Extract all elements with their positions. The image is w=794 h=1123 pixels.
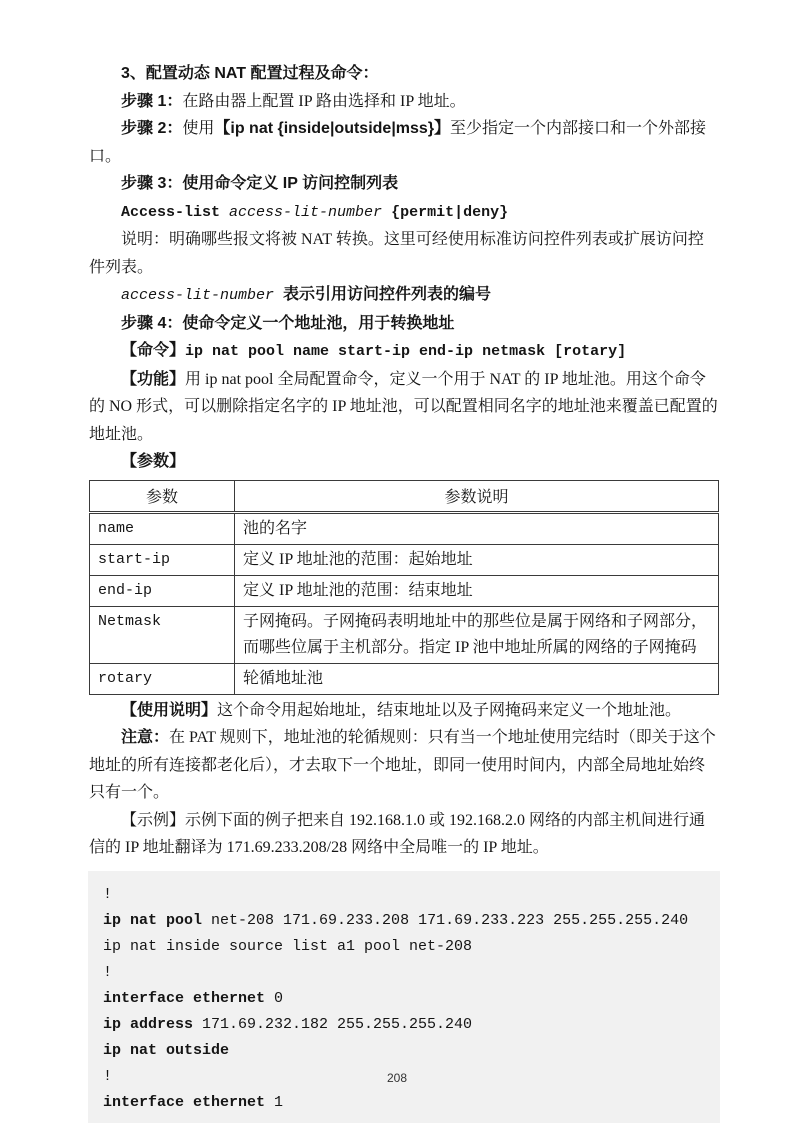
step4-heading-text: 步骤 4：使命令定义一个地址池，用于转换地址 — [121, 315, 454, 332]
acl-options: {permit|deny} — [391, 204, 508, 221]
param-name: rotary — [90, 663, 235, 694]
step4-heading: 步骤 4：使命令定义一个地址池，用于转换地址 — [89, 310, 719, 338]
code-text: 1 — [265, 1094, 283, 1111]
param-desc: 定义 IP 地址池的范围：结束地址 — [235, 575, 719, 606]
code-line: ! — [103, 959, 716, 985]
param-name: Netmask — [90, 606, 235, 663]
command-line: 【命令】ip nat pool name start-ip end-ip net… — [89, 337, 719, 366]
code-line: ip nat inside source list a1 pool net-20… — [103, 933, 716, 959]
params-table-header-row: 参数 参数说明 — [90, 480, 719, 512]
code-line: ip nat outside — [103, 1037, 716, 1063]
acl-syntax-line: Access-list access-lit-number {permit|de… — [89, 198, 719, 227]
usage-label: 【使用说明】 — [121, 702, 217, 719]
usage-paragraph: 【使用说明】这个命令用起始地址，结束地址以及子网掩码来定义一个地址池。 — [89, 697, 719, 725]
function-label: 【功能】 — [121, 371, 185, 388]
step1-label: 步骤 1： — [121, 93, 182, 110]
step2-label: 步骤 2： — [121, 120, 182, 137]
code-keyword: ip address — [103, 1016, 193, 1033]
code-text: ! — [103, 886, 112, 903]
param-desc: 轮循地址池 — [235, 663, 719, 694]
code-text: 0 — [265, 990, 283, 1007]
notice-paragraph: 注意：在 PAT 规则下，地址池的轮循规则：只有当一个地址使用完结时（即关于这个… — [89, 724, 719, 807]
param-desc: 定义 IP 地址池的范围：起始地址 — [235, 544, 719, 575]
acl-arg-name: access-lit-number — [121, 287, 283, 304]
code-line: interface ethernet 0 — [103, 985, 716, 1011]
params-label: 【参数】 — [121, 453, 185, 470]
code-keyword: ip nat outside — [103, 1042, 229, 1059]
code-text: net-208 171.69.233.208 171.69.233.223 25… — [202, 912, 688, 929]
command-label: 【命令】 — [121, 342, 185, 359]
table-row: name 池的名字 — [90, 512, 719, 544]
step3-heading-text: 步骤 3：使用命令定义 IP 访问控制列表 — [121, 175, 398, 192]
param-desc: 子网掩码。子网掩码表明地址中的那些位是属于网络和子网部分，而哪些位属于主机部分。… — [235, 606, 719, 663]
command-syntax: ip nat pool name start-ip end-ip netmask… — [185, 343, 626, 360]
code-keyword: interface ethernet — [103, 1094, 265, 1111]
params-header-name: 参数 — [90, 480, 235, 512]
table-row: rotary 轮循地址池 — [90, 663, 719, 694]
function-paragraph: 【功能】用 ip nat pool 全局配置命令，定义一个用于 NAT 的 IP… — [89, 366, 719, 449]
code-keyword: ip nat pool — [103, 912, 202, 929]
table-row: Netmask 子网掩码。子网掩码表明地址中的那些位是属于网络和子网部分，而哪些… — [90, 606, 719, 663]
step2-command: 【ip nat {inside|outside|mss}】 — [214, 120, 450, 137]
notice-text: 在 PAT 规则下，地址池的轮循规则：只有当一个地址使用完结时（即关于这个地址的… — [89, 729, 716, 801]
code-text: ! — [103, 964, 112, 981]
table-row: start-ip 定义 IP 地址池的范围：起始地址 — [90, 544, 719, 575]
acl-keyword: Access-list — [121, 204, 229, 221]
table-row: end-ip 定义 IP 地址池的范围：结束地址 — [90, 575, 719, 606]
param-name: start-ip — [90, 544, 235, 575]
param-name: name — [90, 512, 235, 544]
acl-note-paragraph: 说明：明确哪些报文将被 NAT 转换。这里可经使用标准访问控件列表或扩展访问控件… — [89, 226, 719, 281]
code-line: ! — [103, 881, 716, 907]
step2-paragraph: 步骤 2：使用【ip nat {inside|outside|mss}】至少指定… — [89, 115, 719, 170]
acl-note-text: 说明：明确哪些报文将被 NAT 转换。这里可经使用标准访问控件列表或扩展访问控件… — [89, 231, 704, 276]
param-desc: 池的名字 — [235, 512, 719, 544]
step2-pre-text: 使用 — [182, 120, 214, 137]
params-table: 参数 参数说明 name 池的名字 start-ip 定义 IP 地址池的范围：… — [89, 480, 719, 695]
usage-text: 这个命令用起始地址，结束地址以及子网掩码来定义一个地址池。 — [217, 702, 681, 719]
acl-argument: access-lit-number — [229, 204, 391, 221]
param-name: end-ip — [90, 575, 235, 606]
step1-paragraph: 步骤 1：在路由器上配置 IP 路由选择和 IP 地址。 — [89, 88, 719, 116]
page-number: 208 — [0, 1071, 794, 1085]
code-text: 171.69.232.182 255.255.255.240 — [193, 1016, 472, 1033]
section-title-text: 3、配置动态 NAT 配置过程及命令： — [121, 65, 379, 82]
code-block: ! ip nat pool net-208 171.69.233.208 171… — [88, 871, 720, 1123]
params-header-desc: 参数说明 — [235, 480, 719, 512]
section-title: 3、配置动态 NAT 配置过程及命令： — [89, 60, 719, 88]
code-line: interface ethernet 1 — [103, 1089, 716, 1115]
example-paragraph: 【示例】示例下面的例子把来自 192.168.1.0 或 192.168.2.0… — [89, 807, 719, 862]
step3-heading: 步骤 3：使用命令定义 IP 访问控制列表 — [89, 170, 719, 198]
code-line: ip address 171.69.232.182 255.255.255.24… — [103, 1011, 716, 1037]
step1-text: 在路由器上配置 IP 路由选择和 IP 地址。 — [182, 93, 465, 110]
code-keyword: interface ethernet — [103, 990, 265, 1007]
acl-arg-desc-text: 表示引用访问控件列表的编号 — [283, 286, 491, 303]
notice-label: 注意： — [121, 729, 169, 746]
example-text: 【示例】示例下面的例子把来自 192.168.1.0 或 192.168.2.0… — [89, 812, 705, 857]
code-line: ip nat pool net-208 171.69.233.208 171.6… — [103, 907, 716, 933]
params-label-line: 【参数】 — [89, 448, 719, 476]
acl-arg-desc-paragraph: access-lit-number 表示引用访问控件列表的编号 — [89, 281, 719, 310]
document-page: 3、配置动态 NAT 配置过程及命令： 步骤 1：在路由器上配置 IP 路由选择… — [0, 0, 794, 1123]
code-text: ip nat inside source list a1 pool net-20… — [103, 938, 472, 955]
